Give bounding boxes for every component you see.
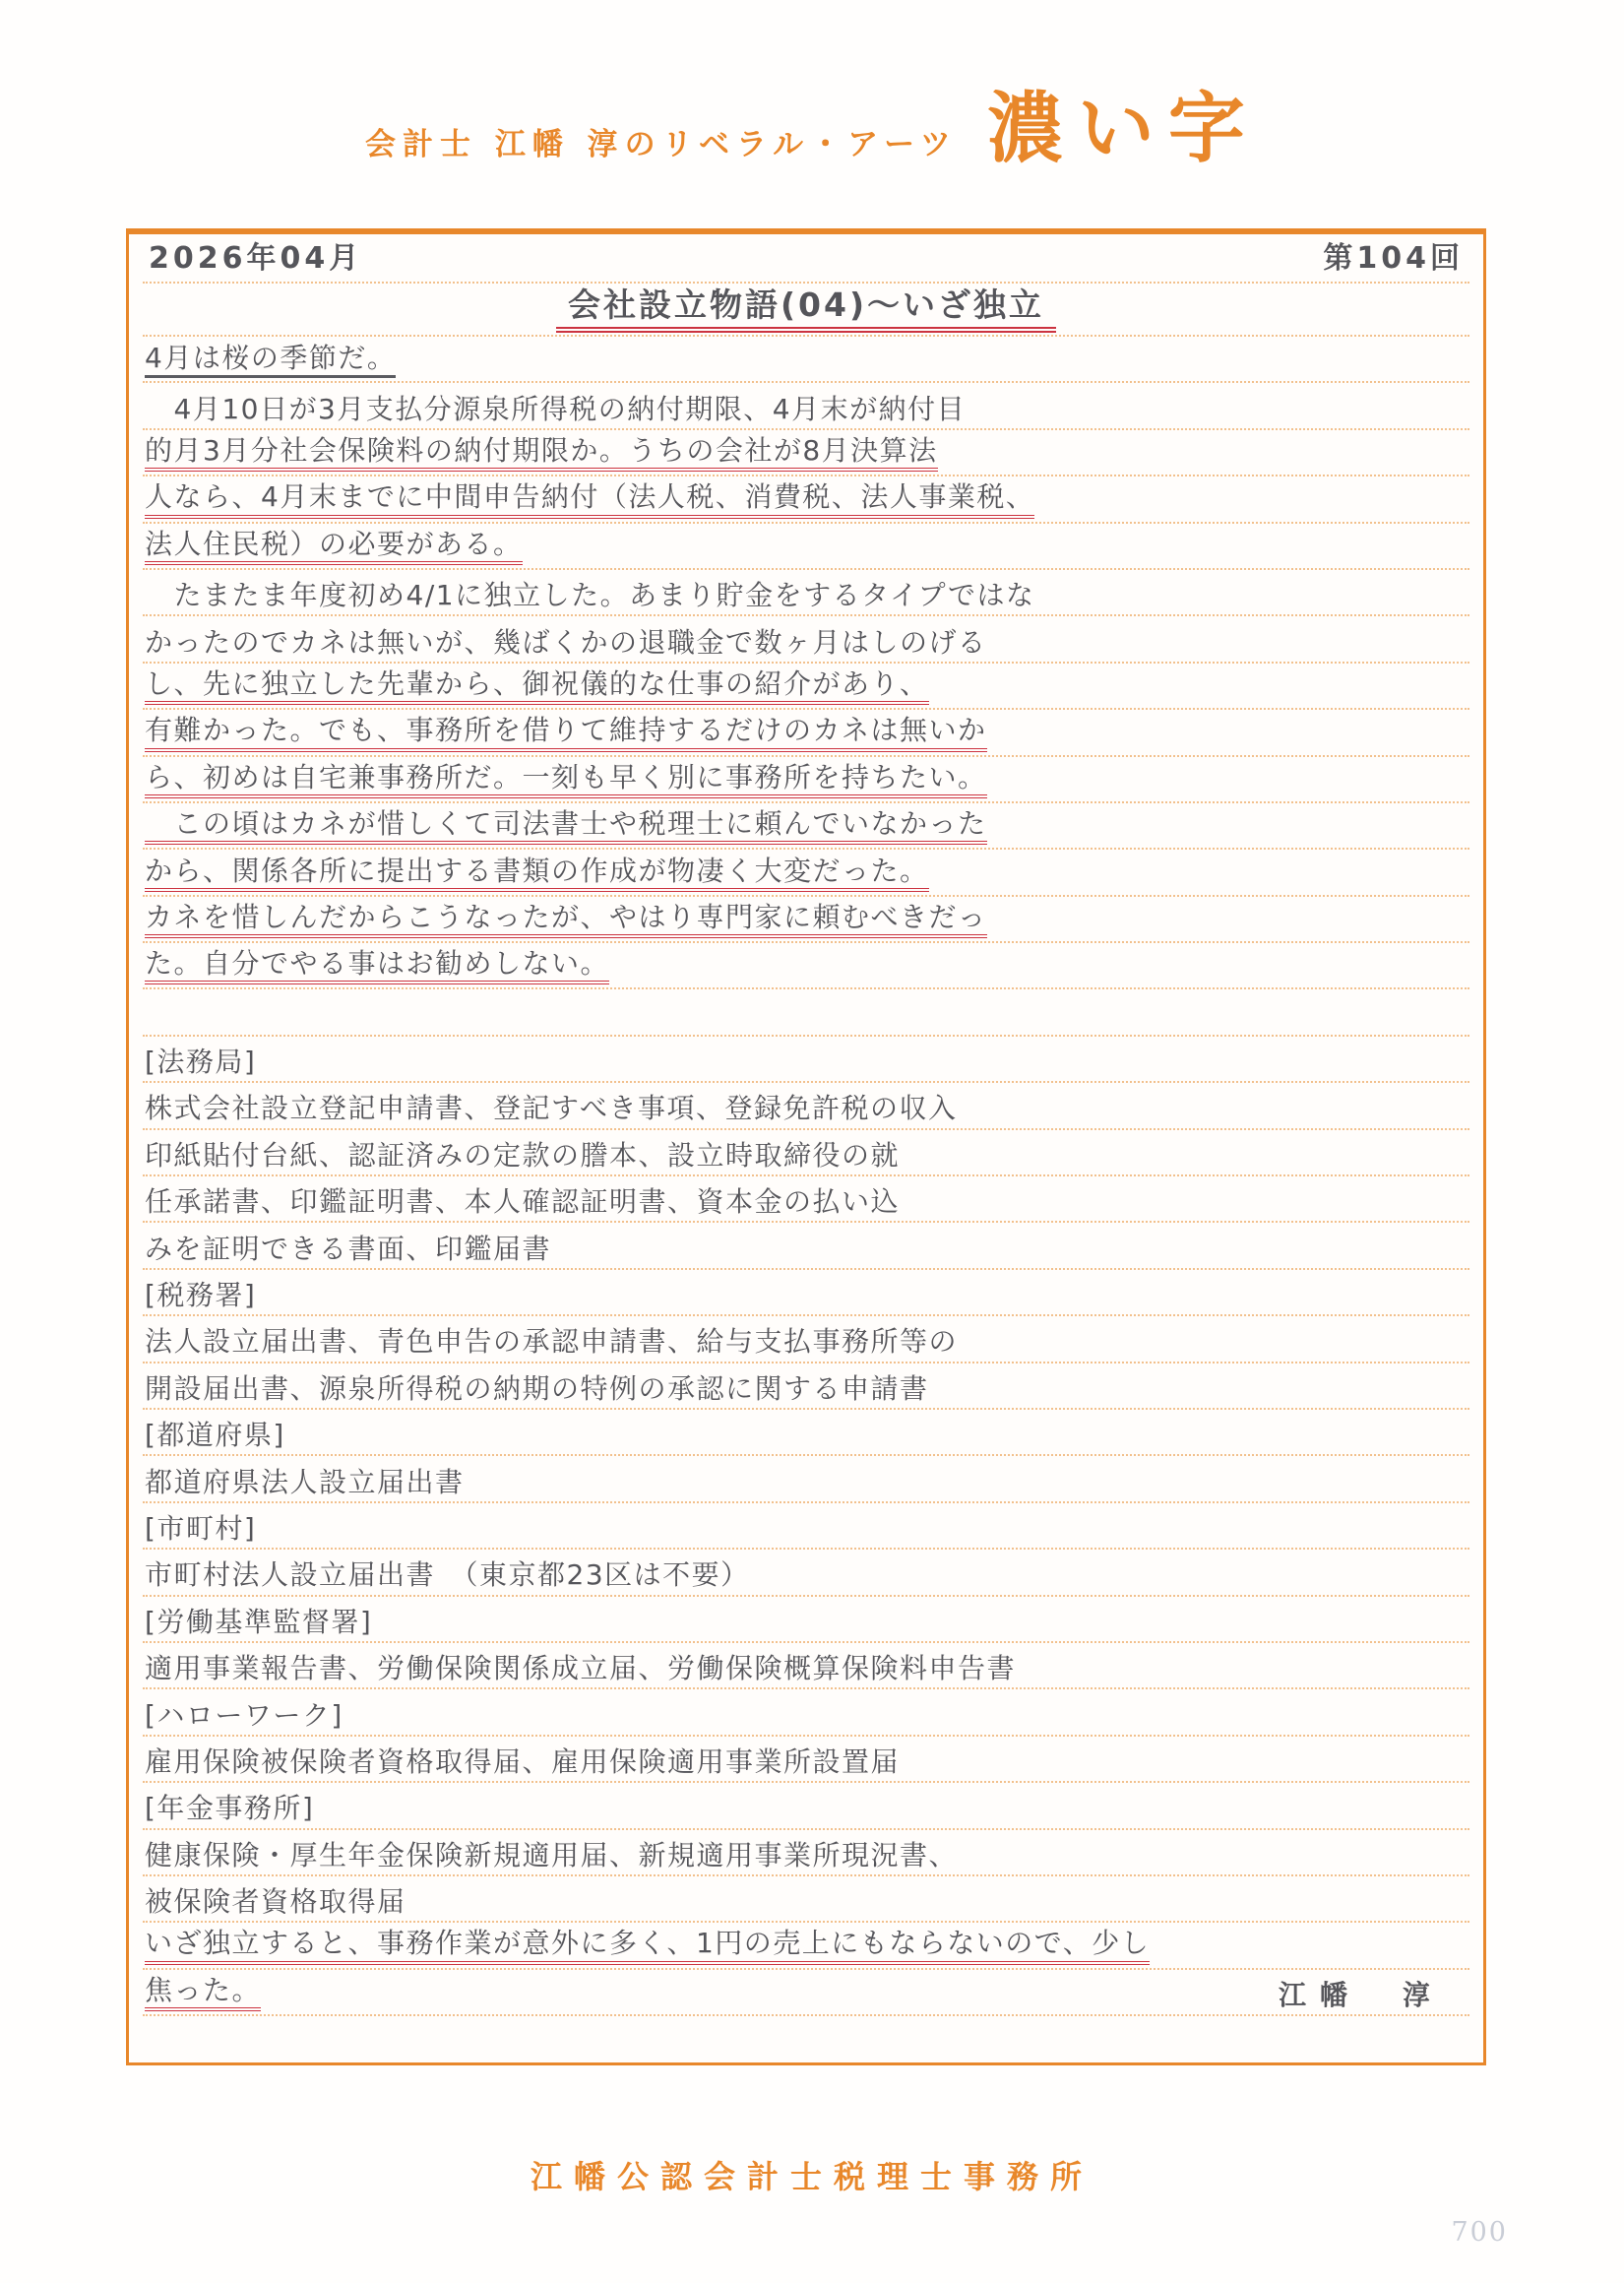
line-text: たまたま年度初め4/1に独立した。あまり貯金をするタイプではな: [145, 580, 1035, 611]
handwritten-line: 開設届出書、源泉所得税の納期の特例の承認に関する申請書: [143, 1363, 1469, 1410]
masthead-title: 濃い字: [987, 67, 1259, 177]
line-text: 印紙貼付台紙、認証済みの定款の謄本、設立時取締役の就: [145, 1140, 900, 1172]
handwritten-line: たまたま年度初め4/1に独立した。あまり貯金をするタイプではな: [143, 570, 1469, 616]
line-text: 被保険者資格取得届: [145, 1886, 406, 1918]
handwritten-line: カネを惜しんだからこうなったが、やはり専門家に頼むべきだっ: [143, 897, 1469, 943]
line-text: [法務局]: [145, 1046, 256, 1078]
line-text: [市町村]: [145, 1513, 256, 1545]
handwritten-line: 都道府県法人設立届出書: [143, 1456, 1469, 1502]
handwritten-line: [市町村]: [143, 1503, 1469, 1550]
line-text: [都道府県]: [145, 1420, 285, 1451]
handwritten-line: [法務局]: [143, 1037, 1469, 1083]
handwritten-line: 任承諾書、印鑑証明書、本人確認証明書、資本金の払い込: [143, 1176, 1469, 1223]
issue-number: 第104回: [1323, 242, 1464, 277]
line-text: この頃はカネが惜しくて司法書士や税理士に頼んでいなかった: [145, 808, 987, 845]
handwritten-line: かったのでカネは無いが、幾ばくかの退職金で数ヶ月はしのげる: [143, 616, 1469, 663]
line-text: ら、初めは自宅兼事務所だ。一刻も早く別に事務所を持ちたい。: [145, 762, 987, 798]
line-text: 開設届出書、源泉所得税の納期の特例の承認に関する申請書: [145, 1373, 929, 1405]
line-text: いざ独立すると、事務作業が意外に多く、1円の売上にもならないので、少し: [145, 1928, 1150, 1964]
handwritten-line: た。自分でやる事はお勧めしない。: [143, 943, 1469, 989]
line-text: [ハローワーク]: [145, 1700, 344, 1732]
line-text: 都道府県法人設立届出書: [145, 1467, 465, 1498]
article-title-row: 会社設立物語(04)〜いざ独立: [143, 284, 1469, 337]
scanned-document-page: 会計士 江幡 淳のリベラル・アーツ 濃い字 2026年04月 第104回 会社設…: [0, 0, 1624, 2283]
line-text: から、関係各所に提出する書類の作成が物凄く大変だった。: [145, 856, 929, 892]
handwritten-line: 有難かった。でも、事務所を借りて維持するだけのカネは無いか: [143, 710, 1469, 756]
line-text: [年金事務所]: [145, 1793, 314, 1824]
lines-container: 4月は桜の季節だ。 4月10日が3月支払分源泉所得税の納付期限、4月末が納付目的…: [143, 337, 1469, 2016]
handwritten-line: し、先に独立した先輩から、御祝儀的な仕事の紹介があり、: [143, 664, 1469, 710]
line-text: 的月3月分社会保険料の納付期限か。うちの会社が8月決算法: [145, 435, 938, 472]
line-text: た。自分でやる事はお勧めしない。: [145, 948, 609, 984]
line-text: し、先に独立した先輩から、御祝儀的な仕事の紹介があり、: [145, 668, 929, 705]
masthead-subtitle: 会計士 江幡 淳のリベラル・アーツ: [365, 119, 958, 163]
handwritten-line: 4月10日が3月支払分源泉所得税の納付期限、4月末が納付目: [143, 383, 1469, 429]
line-text: 株式会社設立登記申請書、登記すべき事項、登録免許税の収入: [145, 1093, 957, 1124]
line-text: 任承諾書、印鑑証明書、本人確認証明書、資本金の払い込: [145, 1186, 900, 1218]
handwritten-line: みを証明できる書面、印鑑届書: [143, 1223, 1469, 1269]
ruled-sheet: 2026年04月 第104回 会社設立物語(04)〜いざ独立 4月は桜の季節だ。…: [126, 228, 1486, 2065]
line-text: みを証明できる書面、印鑑届書: [145, 1234, 551, 1265]
handwritten-line: 雇用保険被保険者資格取得届、雇用保険適用事業所設置届: [143, 1737, 1469, 1783]
handwritten-line: [税務署]: [143, 1270, 1469, 1316]
page-number: 700: [1451, 2217, 1508, 2248]
handwritten-line: 被保険者資格取得届: [143, 1876, 1469, 1923]
handwritten-line: 人なら、4月末までに中間申告納付（法人税、消費税、法人事業税、: [143, 476, 1469, 523]
line-text: 4月は桜の季節だ。: [145, 343, 396, 378]
handwritten-line: いざ独立すると、事務作業が意外に多く、1円の売上にもならないので、少し: [143, 1923, 1469, 1969]
line-text: 有難かった。でも、事務所を借りて維持するだけのカネは無いか: [145, 715, 987, 751]
handwritten-line: 健康保険・厚生年金保険新規適用届、新規適用事業所現況書、: [143, 1830, 1469, 1876]
handwritten-line: 市町村法人設立届出書 （東京都23区は不要）: [143, 1550, 1469, 1596]
line-text: かったのでカネは無いが、幾ばくかの退職金で数ヶ月はしのげる: [145, 627, 987, 659]
author-signature: 江幡 淳: [1279, 1980, 1468, 2011]
meta-row: 2026年04月 第104回: [143, 234, 1469, 284]
handwritten-line: [労働基準監督署]: [143, 1597, 1469, 1643]
footer-office-name: 江幡公認会計士税理士事務所: [0, 2152, 1624, 2197]
issue-date: 2026年04月: [149, 242, 362, 277]
line-text: 4月10日が3月支払分源泉所得税の納付期限、4月末が納付目: [145, 394, 966, 425]
handwritten-line: 法人住民税）の必要がある。: [143, 524, 1469, 570]
handwritten-line: ら、初めは自宅兼事務所だ。一刻も早く別に事務所を持ちたい。: [143, 757, 1469, 803]
handwritten-line: この頃はカネが惜しくて司法書士や税理士に頼んでいなかった: [143, 803, 1469, 850]
handwritten-line: [143, 989, 1469, 1036]
handwritten-line: 印紙貼付台紙、認証済みの定款の謄本、設立時取締役の就: [143, 1130, 1469, 1176]
handwritten-line: 法人設立届出書、青色申告の承認申請書、給与支払事務所等の: [143, 1316, 1469, 1363]
line-text: 法人設立届出書、青色申告の承認申請書、給与支払事務所等の: [145, 1326, 958, 1358]
line-text: カネを惜しんだからこうなったが、やはり専門家に頼むべきだっ: [145, 902, 987, 938]
handwritten-line: 焦った。江幡 淳: [143, 1970, 1469, 2016]
line-text: 焦った。: [145, 1975, 261, 2011]
handwritten-line: 4月は桜の季節だ。: [143, 337, 1469, 383]
handwritten-line: 株式会社設立登記申請書、登記すべき事項、登録免許税の収入: [143, 1083, 1469, 1129]
masthead: 会計士 江幡 淳のリベラル・アーツ 濃い字: [0, 67, 1624, 177]
handwritten-line: [都道府県]: [143, 1410, 1469, 1456]
line-text: 雇用保険被保険者資格取得届、雇用保険適用事業所設置届: [145, 1746, 900, 1778]
line-text: 適用事業報告書、労働保険関係成立届、労働保険概算保険料申告書: [145, 1653, 1016, 1684]
handwritten-line: [年金事務所]: [143, 1783, 1469, 1829]
handwritten-line: 的月3月分社会保険料の納付期限か。うちの会社が8月決算法: [143, 430, 1469, 476]
line-text: 健康保険・厚生年金保険新規適用届、新規適用事業所現況書、: [145, 1840, 958, 1871]
handwritten-line: [ハローワーク]: [143, 1689, 1469, 1736]
line-text: 市町村法人設立届出書 （東京都23区は不要）: [145, 1559, 750, 1591]
line-text: [労働基準監督署]: [145, 1607, 372, 1638]
line-text: 法人住民税）の必要がある。: [145, 529, 523, 565]
handwritten-line: 適用事業報告書、労働保険関係成立届、労働保険概算保険料申告書: [143, 1643, 1469, 1689]
handwritten-line: から、関係各所に提出する書類の作成が物凄く大変だった。: [143, 850, 1469, 896]
article-title: 会社設立物語(04)〜いざ独立: [556, 280, 1056, 333]
line-text: 人なら、4月末までに中間申告納付（法人税、消費税、法人事業税、: [145, 481, 1034, 518]
line-text: [税務署]: [145, 1280, 256, 1311]
